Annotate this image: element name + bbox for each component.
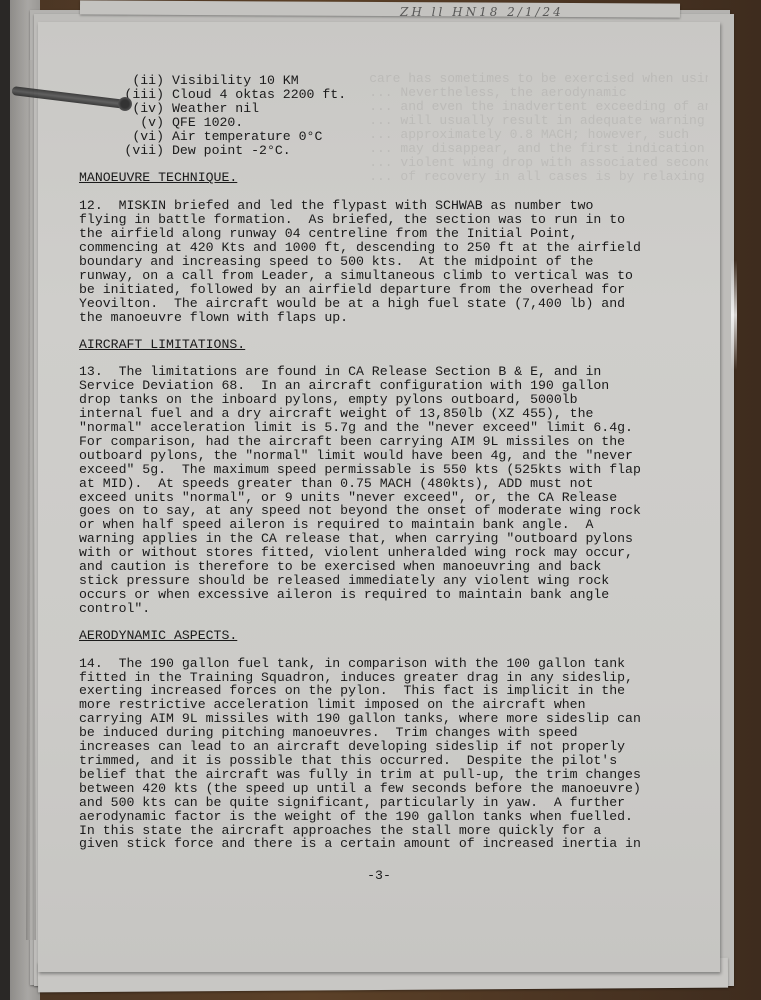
item-text: QFE 1020. <box>172 116 243 130</box>
list-item: (v)QFE 1020. <box>104 116 679 130</box>
document-page: care has sometimes to be exercised when … <box>38 22 720 972</box>
list-item: (vi)Air temperature 0°C <box>104 130 679 144</box>
section-heading-aircraft-limitations: AIRCRAFT LIMITATIONS. <box>79 338 679 352</box>
item-number: (vi) <box>104 130 172 144</box>
list-item: (iii)Cloud 4 oktas 2200 ft. <box>104 88 679 102</box>
page-number: -3- <box>79 869 679 883</box>
string-knot-icon <box>118 97 132 111</box>
list-item: (vii)Dew point -2°C. <box>104 144 679 158</box>
page-content: (ii)Visibility 10 KM (iii)Cloud 4 oktas … <box>79 74 679 883</box>
handwritten-note: ZH ll HN18 2/1/24 <box>400 5 660 21</box>
list-item: (ii)Visibility 10 KM <box>104 74 679 88</box>
item-text: Dew point -2°C. <box>172 144 291 158</box>
item-number: (vii) <box>104 144 172 158</box>
paragraph-12: 12. MISKIN briefed and led the flypast w… <box>79 199 679 324</box>
paragraph-13: 13. The limitations are found in CA Rele… <box>79 365 679 615</box>
plastic-sleeve-glare <box>731 260 737 370</box>
item-text: Air temperature 0°C <box>172 130 322 144</box>
section-heading-aerodynamic-aspects: AERODYNAMIC ASPECTS. <box>79 629 679 643</box>
section-heading-manoeuvre-technique: MANOEUVRE TECHNIQUE. <box>79 171 679 185</box>
paragraph-14: 14. The 190 gallon fuel tank, in compari… <box>79 657 679 852</box>
item-number: (v) <box>104 116 172 130</box>
item-text: Weather nil <box>172 102 259 116</box>
list-item: (iv)Weather nil <box>104 102 679 116</box>
item-text: Visibility 10 KM <box>172 74 299 88</box>
item-number: (ii) <box>104 74 172 88</box>
item-text: Cloud 4 oktas 2200 ft. <box>172 88 346 102</box>
weather-conditions-list: (ii)Visibility 10 KM (iii)Cloud 4 oktas … <box>104 74 679 157</box>
